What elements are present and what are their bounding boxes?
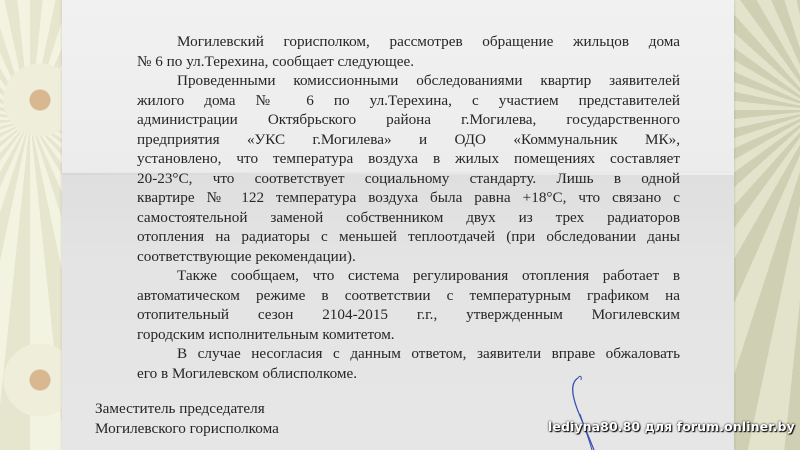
inspection-line-6: 20-23°С, что соответствует социальному с… [137,169,680,189]
heating-line-3: отопительный сезон 2104-2015 г.г., утвер… [137,305,680,325]
inspection-line-1: Проведенными комиссионными обследованиям… [137,71,680,91]
appeal-line-1: В случае несогласия с данным ответом, за… [137,344,680,364]
intro-line-2: № 6 по ул.Терехина, сообщает следующее. [137,52,680,72]
signatory-title-line-2: Могилевского горисполкома [95,419,279,439]
signatory-block: Заместитель председателя Могилевского го… [95,399,279,439]
wallpaper-background-right [730,0,800,450]
handwritten-signature-icon [560,370,610,450]
inspection-line-10: соответствующие рекомендации). [137,247,680,267]
inspection-line-8: самостоятельной заменой собственником дв… [137,208,680,228]
signatory-title-line-1: Заместитель председателя [95,399,279,419]
watermark-text: lediyna80.80 для forum.onliner.by [548,419,795,434]
letter-paper: Могилевский горисполком, рассмотрев обра… [62,0,734,450]
heating-line-4: городским исполнительным комитетом. [137,325,680,345]
intro-line-1: Могилевский горисполком, рассмотрев обра… [137,32,680,52]
heating-line-1: Также сообщаем, что система регулировани… [137,266,680,286]
inspection-line-4: предприятия «УКС г.Могилева» и ОДО «Комм… [137,130,680,150]
inspection-line-9: отопления на радиаторы с меньшей теплоот… [137,227,680,247]
inspection-line-7: квартире № 122 температура воздуха была … [137,188,680,208]
heating-line-2: автоматическом режиме в соответствии с т… [137,286,680,306]
inspection-line-2: жилого дома № 6 по ул.Терехина, с участи… [137,91,680,111]
inspection-line-3: администрации Октябрьского района г.Моги… [137,110,680,130]
letter-body: Могилевский горисполком, рассмотрев обра… [137,32,680,383]
inspection-line-5: установлено, что температура воздуха в ж… [137,149,680,169]
